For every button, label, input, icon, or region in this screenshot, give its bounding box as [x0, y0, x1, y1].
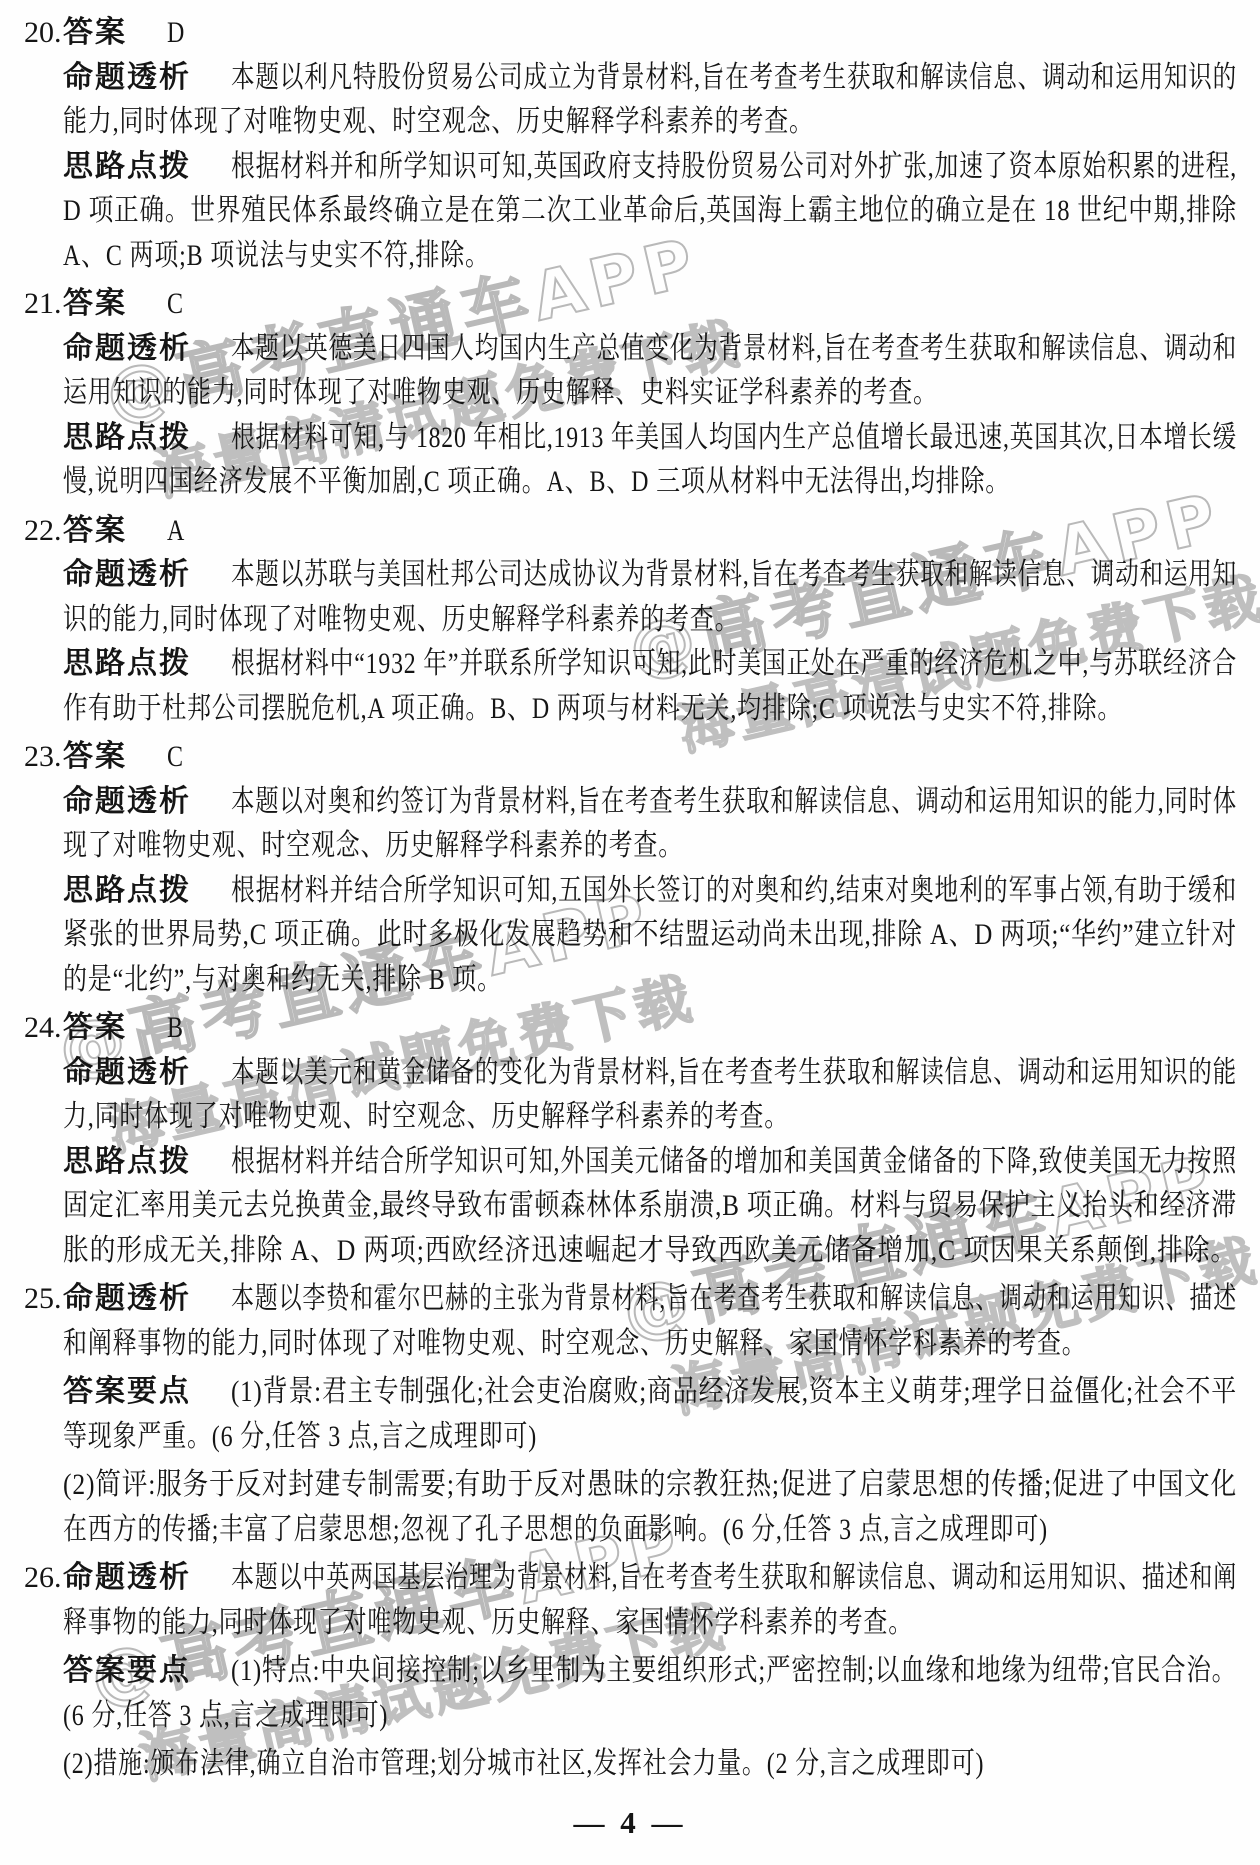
text-line: 命题透析本题以对奥和约签订为背景材料,旨在考查考生获取和解读信息、调动和运用知识… [0, 780, 1260, 825]
section-label: 答案要点 [63, 1649, 191, 1694]
line-text: 根据材料中“1932 年”并联系所学知识可知,此时美国正处在严重的经济危机之中,… [231, 642, 1237, 687]
line-text: 现了对唯物史观、时空观念、历史解释学科素养的考查。 [63, 824, 683, 869]
text-line: 命题透析本题以利凡特股份贸易公司成立为背景材料,旨在考查考生获取和解读信息、调动… [0, 56, 1260, 101]
section-label: 命题透析 [63, 780, 191, 825]
item-number: 23. [24, 735, 62, 780]
text-line: 思路点拨根据材料并结合所学知识可知,五国外长签订的对奥和约,结束对奥地利的军事占… [0, 869, 1260, 914]
answer-letter: B [167, 1006, 184, 1051]
item-line-23: 23.答案C [0, 735, 1260, 780]
line-text: (2)简评:服务于反对封建专制需要;有助于反对愚昧的宗教狂热;促进了启蒙思想的传… [63, 1463, 1237, 1508]
line-text: 胀的形成无关,排除 A、D 两项;西欧经济迅速崛起才导致西欧美元储备增加,C 项… [63, 1229, 1237, 1274]
page-number: — 4 — [0, 1805, 1260, 1841]
line-text: 根据材料并结合所学知识可知,外国美元储备的增加和美国黄金储备的下降,致使美国无力… [231, 1140, 1237, 1185]
item-number: 24. [24, 1006, 62, 1051]
text-line: A、C 两项;B 项说法与史实不符,排除。 [0, 234, 1260, 279]
item-number: 21. [24, 282, 62, 327]
section-label: 答案 [63, 1006, 127, 1051]
line-text: 本题以利凡特股份贸易公司成立为背景材料,旨在考查考生获取和解读信息、调动和运用知… [231, 56, 1237, 101]
text-line: (6 分,任答 3 点,言之成理即可) [0, 1694, 1260, 1739]
section-label: 命题透析 [63, 327, 191, 372]
item-number: 20. [24, 11, 62, 56]
section-label: 答案要点 [63, 1370, 191, 1415]
text-line: 识的能力,同时体现了对唯物史观、历史解释学科素养的考查。 [0, 598, 1260, 643]
line-text: A、C 两项;B 项说法与史实不符,排除。 [63, 234, 490, 279]
text-line: 思路点拨根据材料可知,与 1820 年相比,1913 年美国人均国内生产总值增长… [0, 416, 1260, 461]
line-text: 本题以中英两国基层治理为背景材料,旨在考查考生获取和解读信息、调动和运用知识、描… [231, 1556, 1237, 1601]
line-text: 释事物的能力,同时体现了对唯物史观、历史解释、家国情怀学科素养的考查。 [63, 1601, 913, 1646]
section-label: 思路点拨 [63, 1140, 191, 1185]
section-label: 命题透析 [63, 1051, 191, 1096]
text-line: 答案要点(1)特点:中央间接控制;以乡里制为主要组织形式;严密控制;以血缘和地缘… [0, 1649, 1260, 1694]
section-label: 答案 [63, 282, 127, 327]
text-line: 和阐释事物的能力,同时体现了对唯物史观、时空观念、历史解释、家国情怀学科素养的考… [0, 1322, 1260, 1367]
section-label: 命题透析 [63, 56, 191, 101]
line-text: (6 分,任答 3 点,言之成理即可) [63, 1694, 388, 1739]
scanned-answer-key-page: { "page": { "number_label": "— 4 —" }, "… [0, 0, 1260, 1865]
text-line: 思路点拨根据材料中“1932 年”并联系所学知识可知,此时美国正处在严重的经济危… [0, 642, 1260, 687]
text-line: (2)简评:服务于反对封建专制需要;有助于反对愚昧的宗教狂热;促进了启蒙思想的传… [0, 1463, 1260, 1508]
item-number: 25. [24, 1277, 62, 1322]
section-label: 思路点拨 [63, 145, 191, 190]
section-label: 答案 [63, 735, 127, 780]
line-text: 的是“北约”,与对奥和约无关,排除 B 项。 [63, 958, 502, 1003]
item-line-20: 20.答案D [0, 11, 1260, 56]
line-text: 根据材料可知,与 1820 年相比,1913 年美国人均国内生产总值增长最迅速,… [231, 416, 1237, 461]
item-number: 22. [24, 509, 62, 554]
item-line-26: 26.命题透析本题以中英两国基层治理为背景材料,旨在考查考生获取和解读信息、调动… [0, 1556, 1260, 1601]
item-line-24: 24.答案B [0, 1006, 1260, 1051]
line-text: 和阐释事物的能力,同时体现了对唯物史观、时空观念、历史解释、家国情怀学科素养的考… [63, 1322, 1087, 1367]
line-text: 能力,同时体现了对唯物史观、时空观念、历史解释学科素养的考查。 [63, 100, 814, 145]
text-line: 释事物的能力,同时体现了对唯物史观、历史解释、家国情怀学科素养的考查。 [0, 1601, 1260, 1646]
line-text: 等现象严重。(6 分,任答 3 点,言之成理即可) [63, 1415, 537, 1460]
answer-letter: A [167, 509, 185, 554]
text-line: 现了对唯物史观、时空观念、历史解释学科素养的考查。 [0, 824, 1260, 869]
line-text: 根据材料并和所学知识可知,英国政府支持股份贸易公司对外扩张,加速了资本原始积累的… [231, 145, 1237, 190]
line-text: 本题以对奥和约签订为背景材料,旨在考查考生获取和解读信息、调动和运用知识的能力,… [231, 780, 1237, 825]
text-line: 力,同时体现了对唯物史观、时空观念、历史解释学科素养的考查。 [0, 1095, 1260, 1140]
answer-letter: C [167, 282, 184, 327]
item-number: 26. [24, 1556, 62, 1601]
line-text: 本题以李贽和霍尔巴赫的主张为背景材料,旨在考查考生获取和解读信息、调动和运用知识… [231, 1277, 1237, 1322]
line-text: 本题以苏联与美国杜邦公司达成协议为背景材料,旨在考查考生获取和解读信息、调动和运… [231, 553, 1237, 598]
answer-letter: C [167, 735, 184, 780]
item-line-22: 22.答案A [0, 509, 1260, 554]
text-line: 能力,同时体现了对唯物史观、时空观念、历史解释学科素养的考查。 [0, 100, 1260, 145]
line-text: 本题以英德美日四国人均国内生产总值变化为背景材料,旨在考查考生获取和解读信息、调… [231, 327, 1237, 372]
text-line: D 项正确。世界殖民体系最终确立是在第二次工业革命后,英国海上霸主地位的确立是在… [0, 189, 1260, 234]
text-line: (2)措施:颁布法律,确立自治市管理;划分城市社区,发挥社会力量。(2 分,言之… [0, 1742, 1260, 1787]
line-text: 紧张的世界局势,C 项正确。此时多极化发展趋势和不结盟运动尚未出现,排除 A、D… [63, 913, 1237, 958]
section-label: 思路点拨 [63, 642, 191, 687]
line-text: (1)背景:君主专制强化;社会吏治腐败;商品经济发展,资本主义萌芽;理学日益僵化… [231, 1370, 1237, 1415]
text-line: 固定汇率用美元去兑换黄金,最终导致布雷顿森林体系崩溃,B 项正确。材料与贸易保护… [0, 1184, 1260, 1229]
section-label: 命题透析 [63, 1556, 191, 1601]
line-text: 在西方的传播;丰富了启蒙思想;忽视了孔子思想的负面影响。(6 分,任答 3 点,… [63, 1508, 1048, 1553]
line-text: 慢,说明四国经济发展不平衡加剧,C 项正确。A、B、D 三项从材料中无法得出,均… [63, 460, 1010, 505]
text-line: 慢,说明四国经济发展不平衡加剧,C 项正确。A、B、D 三项从材料中无法得出,均… [0, 460, 1260, 505]
text-line: 命题透析本题以英德美日四国人均国内生产总值变化为背景材料,旨在考查考生获取和解读… [0, 327, 1260, 372]
section-label: 思路点拨 [63, 416, 191, 461]
line-text: 运用知识的能力,同时体现了对唯物史观、历史解释、史料实证学科素养的考查。 [63, 371, 938, 416]
line-text: (2)措施:颁布法律,确立自治市管理;划分城市社区,发挥社会力量。(2 分,言之… [63, 1742, 984, 1787]
text-line: 在西方的传播;丰富了启蒙思想;忽视了孔子思想的负面影响。(6 分,任答 3 点,… [0, 1508, 1260, 1553]
text-line: 思路点拨根据材料并结合所学知识可知,外国美元储备的增加和美国黄金储备的下降,致使… [0, 1140, 1260, 1185]
section-label: 答案 [63, 509, 127, 554]
item-line-25: 25.命题透析本题以李贽和霍尔巴赫的主张为背景材料,旨在考查考生获取和解读信息、… [0, 1277, 1260, 1322]
text-line: 紧张的世界局势,C 项正确。此时多极化发展趋势和不结盟运动尚未出现,排除 A、D… [0, 913, 1260, 958]
line-text: 识的能力,同时体现了对唯物史观、历史解释学科素养的考查。 [63, 598, 739, 643]
text-line: 作有助于杜邦公司摆脱危机,A 项正确。B、D 两项与材料无关,均排除;C 项说法… [0, 687, 1260, 732]
text-line: 的是“北约”,与对奥和约无关,排除 B 项。 [0, 958, 1260, 1003]
answer-letter: D [167, 11, 185, 56]
answer-key-document: 20.答案D命题透析本题以利凡特股份贸易公司成立为背景材料,旨在考查考生获取和解… [0, 0, 1260, 1787]
section-label: 命题透析 [63, 553, 191, 598]
text-line: 运用知识的能力,同时体现了对唯物史观、历史解释、史料实证学科素养的考查。 [0, 371, 1260, 416]
text-line: 等现象严重。(6 分,任答 3 点,言之成理即可) [0, 1415, 1260, 1460]
text-line: 思路点拨根据材料并和所学知识可知,英国政府支持股份贸易公司对外扩张,加速了资本原… [0, 145, 1260, 190]
section-label: 答案 [63, 11, 127, 56]
section-label: 思路点拨 [63, 869, 191, 914]
section-label: 命题透析 [63, 1277, 191, 1322]
line-text: 作有助于杜邦公司摆脱危机,A 项正确。B、D 两项与材料无关,均排除;C 项说法… [63, 687, 1122, 732]
text-line: 答案要点(1)背景:君主专制强化;社会吏治腐败;商品经济发展,资本主义萌芽;理学… [0, 1370, 1260, 1415]
line-text: 力,同时体现了对唯物史观、时空观念、历史解释学科素养的考查。 [63, 1095, 789, 1140]
line-text: D 项正确。世界殖民体系最终确立是在第二次工业革命后,英国海上霸主地位的确立是在… [63, 189, 1237, 234]
text-line: 命题透析本题以美元和黄金储备的变化为背景材料,旨在考查考生获取和解读信息、调动和… [0, 1051, 1260, 1096]
line-text: 本题以美元和黄金储备的变化为背景材料,旨在考查考生获取和解读信息、调动和运用知识… [231, 1051, 1237, 1096]
item-line-21: 21.答案C [0, 282, 1260, 327]
line-text: 根据材料并结合所学知识可知,五国外长签订的对奥和约,结束对奥地利的军事占领,有助… [231, 869, 1237, 914]
text-line: 胀的形成无关,排除 A、D 两项;西欧经济迅速崛起才导致西欧美元储备增加,C 项… [0, 1229, 1260, 1274]
line-text: 固定汇率用美元去兑换黄金,最终导致布雷顿森林体系崩溃,B 项正确。材料与贸易保护… [63, 1184, 1237, 1229]
line-text: (1)特点:中央间接控制;以乡里制为主要组织形式;严密控制;以血缘和地缘为纽带;… [231, 1649, 1237, 1694]
text-line: 命题透析本题以苏联与美国杜邦公司达成协议为背景材料,旨在考查考生获取和解读信息、… [0, 553, 1260, 598]
